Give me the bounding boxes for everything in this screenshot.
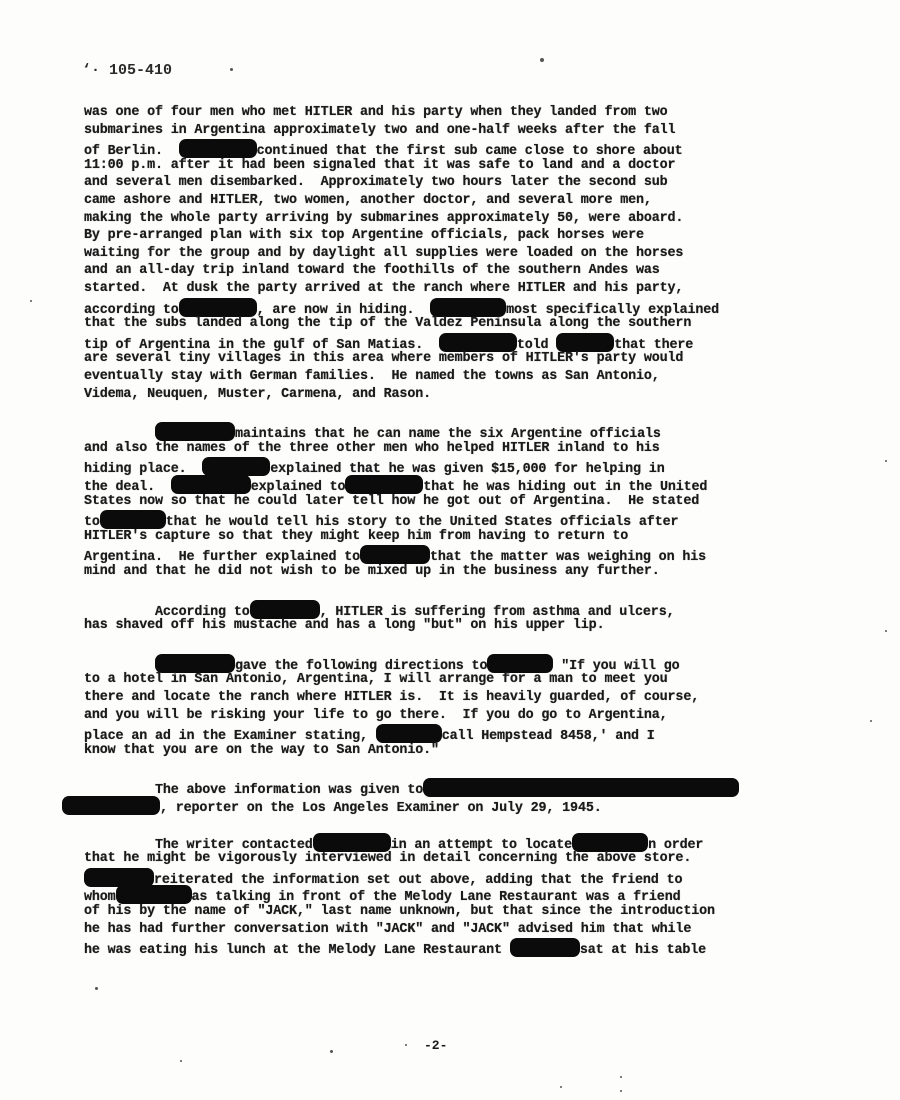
redaction-block xyxy=(313,833,391,852)
text-segment: , reporter on the Los Angeles Examiner o… xyxy=(160,801,602,816)
document-page: ‘· 105-410 was one of four men who met H… xyxy=(0,0,900,1100)
text-line: mind and that he did not wish to be mixe… xyxy=(84,563,660,580)
text-line: eventually stay with German families. He… xyxy=(84,368,660,385)
text-line: was one of four men who met HITLER and h… xyxy=(84,104,668,121)
text-segment: that he might be vigorously interviewed … xyxy=(84,851,691,866)
text-segment: States now so that he could later tell h… xyxy=(84,494,699,509)
text-line: has shaved off his mustache and has a lo… xyxy=(84,617,604,634)
redaction-block xyxy=(155,654,235,673)
scan-speck xyxy=(870,720,872,722)
text-segment: and also the names of the three other me… xyxy=(84,441,660,456)
redaction-block xyxy=(360,545,430,564)
text-segment: that the subs landed along the tip of th… xyxy=(84,316,691,331)
text-line: he was eating his lunch at the Melody La… xyxy=(84,938,706,959)
text-line: waiting for the group and by daylight al… xyxy=(84,245,683,262)
text-segment: are several tiny villages in this area w… xyxy=(84,351,683,366)
text-segment: has shaved off his mustache and has a lo… xyxy=(84,618,604,633)
text-segment: HITLER's capture so that they might keep… xyxy=(84,529,628,544)
file-number-text: 105-410 xyxy=(109,62,172,79)
text-line: came ashore and HITLER, two women, anoth… xyxy=(84,192,652,209)
scan-speck xyxy=(180,1060,182,1062)
text-line: Videma, Neuquen, Muster, Carmena, and Ra… xyxy=(84,386,431,403)
text-line: , reporter on the Los Angeles Examiner o… xyxy=(62,796,602,817)
redaction-block xyxy=(100,510,166,529)
page-number: -2- xyxy=(424,1038,447,1053)
scan-speck xyxy=(95,987,98,990)
text-segment: he has had further conversation with "JA… xyxy=(84,922,691,937)
scan-speck xyxy=(405,1044,407,1046)
text-segment: he was eating his lunch at the Melody La… xyxy=(84,943,510,958)
text-segment: Videma, Neuquen, Muster, Carmena, and Ra… xyxy=(84,387,431,402)
text-segment: was one of four men who met HITLER and h… xyxy=(84,105,668,120)
scan-speck xyxy=(560,1086,562,1088)
text-line: are several tiny villages in this area w… xyxy=(84,350,683,367)
redaction-block xyxy=(345,475,423,494)
redaction-block xyxy=(510,938,580,957)
text-segment: mind and that he did not wish to be mixe… xyxy=(84,564,660,579)
text-segment: to a hotel in San Antonio, Argentina, I … xyxy=(84,672,668,687)
text-segment: submarines in Argentina approximately tw… xyxy=(84,123,675,138)
file-number-prefix: ‘· xyxy=(82,62,109,79)
text-line: that the subs landed along the tip of th… xyxy=(84,315,691,332)
text-line: States now so that he could later tell h… xyxy=(84,493,699,510)
text-line: started. At dusk the party arrived at th… xyxy=(84,280,683,297)
scan-speck xyxy=(230,68,233,71)
text-line: of his by the name of "JACK," last name … xyxy=(84,903,715,920)
text-segment: call Hempstead 8458,' and I xyxy=(442,729,655,744)
scan-speck xyxy=(885,630,887,632)
redaction-block xyxy=(171,475,251,494)
scan-speck xyxy=(620,1076,622,1078)
redaction-block xyxy=(376,724,442,743)
text-line: and you will be risking your life to go … xyxy=(84,707,668,724)
scan-speck xyxy=(30,300,32,302)
redaction-block xyxy=(250,600,320,619)
text-segment: started. At dusk the party arrived at th… xyxy=(84,281,683,296)
text-line: and an all-day trip inland toward the fo… xyxy=(84,262,660,279)
scan-speck xyxy=(540,58,544,62)
redaction-block xyxy=(155,422,235,441)
redaction-block xyxy=(179,298,257,317)
text-segment: and an all-day trip inland toward the fo… xyxy=(84,263,660,278)
text-line: HITLER's capture so that they might keep… xyxy=(84,528,628,545)
redaction-block xyxy=(202,457,270,476)
scan-speck xyxy=(330,1050,333,1053)
text-line: By pre-arranged plan with six top Argent… xyxy=(84,227,644,244)
redaction-block xyxy=(116,885,192,904)
text-segment: and you will be risking your life to go … xyxy=(84,708,668,723)
text-line: submarines in Argentina approximately tw… xyxy=(84,122,675,139)
text-line: he has had further conversation with "JA… xyxy=(84,921,691,938)
redaction-block xyxy=(439,333,517,352)
text-line: that he might be vigorously interviewed … xyxy=(84,850,691,867)
scan-speck xyxy=(885,460,887,462)
text-segment: waiting for the group and by daylight al… xyxy=(84,246,683,261)
redaction-block xyxy=(572,833,648,852)
text-line: and also the names of the three other me… xyxy=(84,440,660,457)
text-line: making the whole party arriving by subma… xyxy=(84,210,683,227)
redaction-block xyxy=(423,778,739,797)
redaction-block xyxy=(430,298,506,317)
redaction-block xyxy=(179,139,257,158)
text-line: 11:00 p.m. after it had been signaled th… xyxy=(84,157,675,174)
text-segment: eventually stay with German families. He… xyxy=(84,369,660,384)
redaction-block xyxy=(556,333,614,352)
text-segment: making the whole party arriving by subma… xyxy=(84,211,683,226)
text-line: and several men disembarked. Approximate… xyxy=(84,174,668,191)
text-line: know that you are on the way to San Anto… xyxy=(84,742,439,759)
text-segment: of his by the name of "JACK," last name … xyxy=(84,904,715,919)
redaction-block xyxy=(62,796,160,815)
text-line: there and locate the ranch where HITLER … xyxy=(84,689,699,706)
text-segment: there and locate the ranch where HITLER … xyxy=(84,690,699,705)
text-segment: and several men disembarked. Approximate… xyxy=(84,175,668,190)
text-segment: By pre-arranged plan with six top Argent… xyxy=(84,228,644,243)
text-segment: came ashore and HITLER, two women, anoth… xyxy=(84,193,652,208)
text-segment: 11:00 p.m. after it had been signaled th… xyxy=(84,158,675,173)
text-segment: sat at his table xyxy=(580,943,706,958)
text-segment: know that you are on the way to San Anto… xyxy=(84,743,439,758)
redaction-block xyxy=(487,654,553,673)
scan-speck xyxy=(620,1090,622,1092)
file-number: ‘· 105-410 xyxy=(82,62,172,79)
redaction-block xyxy=(84,868,154,887)
text-line: to a hotel in San Antonio, Argentina, I … xyxy=(84,671,668,688)
